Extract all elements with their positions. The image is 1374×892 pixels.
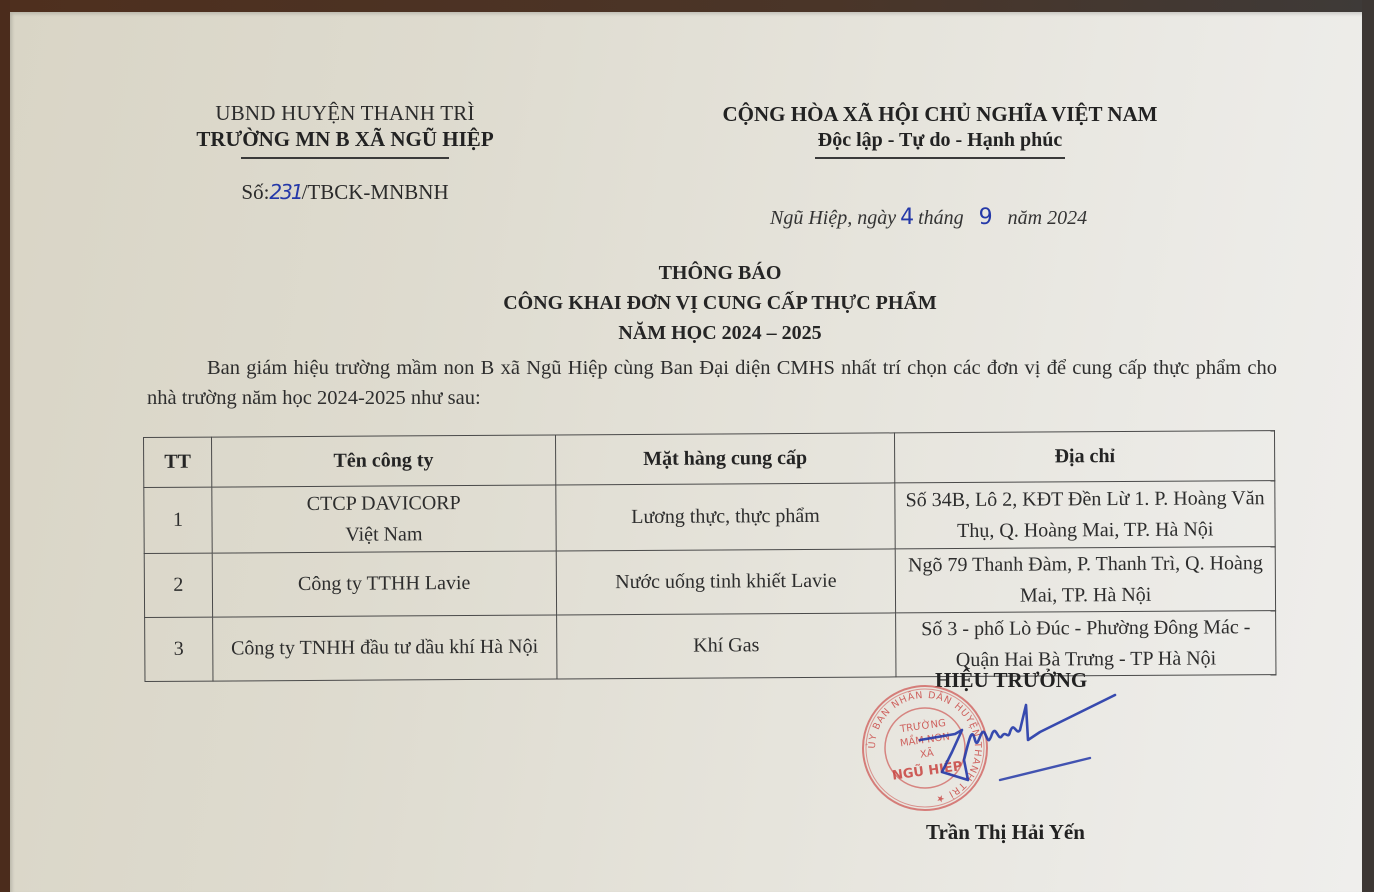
table-row: 3 Công ty TNHH đầu tư dầu khí Hà Nội Khí… [145,611,1276,682]
school-name: TRƯỜNG MN B XÃ NGŨ HIỆP [160,126,530,152]
month-label: tháng [918,207,964,229]
header-company-name: Tên công ty [211,435,555,487]
header-tt: TT [144,437,212,487]
header-divider [241,157,449,159]
national-header-block: CỘNG HÒA XÃ HỘI CHỦ NGHĨA VIỆT NAM Độc l… [690,101,1190,159]
dateline: Ngũ Hiệp, ngày4tháng 9 năm 2024 [770,205,1087,230]
cell-goods: Lương thực, thực phẩm [555,483,895,551]
national-motto: Độc lập - Tự do - Hạnh phúc [690,127,1190,153]
table-row: 2 Công ty TTHH Lavie Nước uống tinh khiế… [144,547,1275,618]
cell-company-name: Công ty TTHH Lavie [212,551,556,617]
handwritten-number: 231 [269,180,301,204]
photo-background-left [0,0,10,892]
year-label: năm 2024 [1008,207,1087,229]
cell-company-name: Công ty TNHH đầu tư dầu khí Hà Nội [213,615,557,681]
issuing-authority-block: UBND HUYỆN THANH TRÌ TRƯỜNG MN B XÃ NGŨ … [160,100,530,205]
document-number: Số:231/TBCK-MNBNH [160,179,530,205]
photo-background-right [1362,0,1374,892]
title-line-2: CÔNG KHAI ĐƠN VỊ CUNG CẤP THỰC PHẨM [420,288,1020,318]
cell-goods: Nước uống tinh khiết Lavie [556,549,896,615]
cell-tt: 2 [144,553,212,617]
intro-paragraph: Ban giám hiệu trường mầm non B xã Ngũ Hi… [147,353,1277,413]
signer-name: Trần Thị Hải Yến [926,820,1085,845]
title-line-3: NĂM HỌC 2024 – 2025 [420,318,1020,348]
place-prefix: Ngũ Hiệp, ngày [770,207,896,229]
table-header-row: TT Tên công ty Mặt hàng cung cấp Địa chỉ [144,431,1275,488]
cell-goods: Khí Gas [556,613,896,679]
document-title: THÔNG BÁO CÔNG KHAI ĐƠN VỊ CUNG CẤP THỰC… [420,258,1020,348]
intro-text: Ban giám hiệu trường mầm non B xã Ngũ Hi… [147,357,1277,409]
cell-address: Ngõ 79 Thanh Đàm, P. Thanh Trì, Q. Hoàng… [896,547,1276,613]
title-line-1: THÔNG BÁO [420,258,1020,288]
company-name-text: CTCP DAVICORPViệt Nam [307,492,461,546]
cell-company-name: CTCP DAVICORPViệt Nam [212,485,556,553]
photo-background-top [0,0,1374,12]
handwritten-day: 4 [900,205,914,230]
cell-address: Số 3 - phố Lò Đúc - Phường Đông Mác - Qu… [896,611,1276,677]
cell-tt: 3 [145,617,213,681]
supplier-table: TT Tên công ty Mặt hàng cung cấp Địa chỉ… [143,430,1276,682]
handwritten-month: 9 [979,205,993,230]
header-address: Địa chỉ [895,431,1275,483]
number-suffix: /TBCK-MNBNH [302,180,449,204]
table-row: 1 CTCP DAVICORPViệt Nam Lương thực, thực… [144,481,1275,554]
country-name: CỘNG HÒA XÃ HỘI CHỦ NGHĨA VIỆT NAM [690,101,1190,127]
signature-scribble-icon [880,690,1120,790]
cell-address: Số 34B, Lô 2, KĐT Đền Lừ 1. P. Hoàng Văn… [895,481,1275,549]
motto-divider [815,157,1065,159]
cell-tt: 1 [144,487,212,553]
number-prefix: Số: [241,180,269,204]
header-goods: Mặt hàng cung cấp [555,433,895,485]
authority-name: UBND HUYỆN THANH TRÌ [160,100,530,126]
